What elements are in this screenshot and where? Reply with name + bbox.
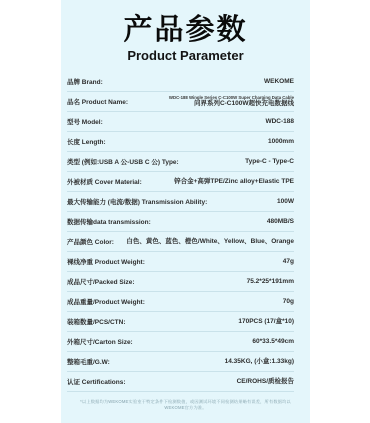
spec-row-label: 整箱毛重/G.W:: [67, 357, 110, 366]
spec-row-model: 型号 Model: WDC-188: [67, 112, 294, 132]
spec-row-cover-material: 外被材质 Cover Material: 锌合金+高弹TPE/Zinc allo…: [67, 172, 294, 192]
page-background: 产品参数 Product Parameter 品牌 Brand: WEKOME …: [0, 0, 370, 423]
spec-row-value-main: CE/ROHS/质检报告: [237, 378, 294, 385]
spec-row-label: 成品重量/Product Weight:: [67, 297, 145, 306]
spec-row-value: 70g: [149, 298, 294, 306]
spec-row-value-main: 白色、黄色、蓝色、橙色/White、Yellow、Blue、Orange: [126, 238, 294, 245]
spec-row-label: 外被材质 Cover Material:: [67, 177, 142, 186]
spec-row-label: 装箱数量/PCS/CTN:: [67, 317, 126, 326]
spec-row-carton-size: 外箱尺寸/Carton Size: 60*33.5*49cm: [67, 332, 294, 352]
spec-table: 品牌 Brand: WEKOME 品名 Product Name: WDC-18…: [67, 72, 294, 392]
spec-row-value-main: Type-C - Type-C: [245, 158, 294, 165]
spec-row-value-main: 60*33.5*49cm: [252, 338, 294, 345]
spec-row-value-main: 100W: [277, 198, 294, 205]
spec-row-value: WDC-188: [107, 118, 294, 126]
spec-row-value-main: 70g: [283, 298, 294, 305]
spec-row-gross-weight: 整箱毛重/G.W: 14.35KG, (小盒:1.33kg): [67, 352, 294, 372]
spec-row-value: Type-C - Type-C: [183, 158, 294, 166]
spec-row-value: 100W: [211, 198, 294, 206]
page-subtitle: Product Parameter: [61, 48, 310, 63]
spec-row-label: 成品尺寸/Packed Size:: [67, 277, 135, 286]
spec-row-value-main: 1000mm: [268, 138, 294, 145]
spec-row-value: 47g: [149, 258, 294, 266]
spec-row-value: CE/ROHS/质检报告: [130, 378, 294, 386]
spec-row-value-main: 14.35KG, (小盒:1.33kg): [225, 358, 294, 365]
spec-row-length: 长度 Length: 1000mm: [67, 132, 294, 152]
spec-row-label: 外箱尺寸/Carton Size:: [67, 337, 133, 346]
spec-row-value-main: 问界系列C-C100W超快充电数据线: [194, 100, 294, 107]
spec-row-value-main: WDC-188: [265, 118, 294, 125]
spec-row-value: 480MB/S: [155, 218, 294, 226]
spec-row-product-name: 品名 Product Name: WDC-188 Wingle Series C…: [67, 92, 294, 112]
spec-row-product-weight: 成品重量/Product Weight: 70g: [67, 292, 294, 312]
spec-row-value: 14.35KG, (小盒:1.33kg): [114, 358, 294, 366]
spec-row-value-main: 47g: [283, 258, 294, 265]
spec-row-color: 产品颜色 Color: 白色、黄色、蓝色、橙色/White、Yellow、Blu…: [67, 232, 294, 252]
spec-row-label: 数据传输data transmission:: [67, 217, 151, 226]
spec-row-label: 产品颜色 Color:: [67, 237, 114, 246]
spec-row-label: 类型 (例如:USB A 公-USB C 公) Type:: [67, 157, 179, 166]
spec-row-value-main: 480MB/S: [267, 218, 294, 225]
spec-row-value: 60*33.5*49cm: [137, 338, 294, 346]
spec-row-pcs-ctn: 装箱数量/PCS/CTN: 170PCS (17/盒*10): [67, 312, 294, 332]
spec-row-bare-cable-weight: 裸线净重 Product Weight: 47g: [67, 252, 294, 272]
spec-row-transmission-ability: 最大传输能力 (电流/数据) Transmission Ability: 100…: [67, 192, 294, 212]
spec-row-brand: 品牌 Brand: WEKOME: [67, 72, 294, 92]
spec-row-value-main: 170PCS (17/盒*10): [238, 318, 294, 325]
spec-row-packed-size: 成品尺寸/Packed Size: 75.2*25*191mm: [67, 272, 294, 292]
spec-row-value-main: 75.2*25*191mm: [247, 278, 294, 285]
spec-row-certifications: 认证 Certifications: CE/ROHS/质检报告: [67, 372, 294, 392]
spec-row-label: 型号 Model:: [67, 117, 103, 126]
spec-row-value: 1000mm: [110, 138, 294, 146]
spec-row-label: 品牌 Brand:: [67, 77, 103, 86]
spec-row-value: 170PCS (17/盒*10): [130, 318, 295, 326]
spec-row-value: WEKOME: [107, 78, 294, 86]
spec-row-value: WDC-188 Wingle Series C-C100W Super Char…: [132, 95, 294, 108]
spec-row-value: 白色、黄色、蓝色、橙色/White、Yellow、Blue、Orange: [118, 238, 294, 246]
disclaimer-footnote: *以上数据均为WEKOME实验室于特定条件下检测数值，或因测试环境不同检测结果略…: [61, 399, 310, 411]
spec-row-value: 75.2*25*191mm: [139, 278, 294, 286]
spec-row-value: 锌合金+高弹TPE/Zinc alloy+Elastic TPE: [146, 178, 294, 186]
spec-row-data-transmission: 数据传输data transmission: 480MB/S: [67, 212, 294, 232]
spec-row-value-main: WEKOME: [264, 78, 294, 85]
spec-row-label: 最大传输能力 (电流/数据) Transmission Ability:: [67, 197, 207, 206]
page-title: 产品参数: [61, 14, 310, 47]
spec-row-label: 品名 Product Name:: [67, 97, 128, 106]
spec-row-label: 长度 Length:: [67, 137, 106, 146]
spec-row-label: 裸线净重 Product Weight:: [67, 257, 145, 266]
product-parameter-panel: 产品参数 Product Parameter 品牌 Brand: WEKOME …: [61, 0, 310, 423]
spec-row-type: 类型 (例如:USB A 公-USB C 公) Type: Type-C - T…: [67, 152, 294, 172]
spec-row-label: 认证 Certifications:: [67, 377, 126, 386]
spec-row-value-main: 锌合金+高弹TPE/Zinc alloy+Elastic TPE: [174, 178, 294, 185]
